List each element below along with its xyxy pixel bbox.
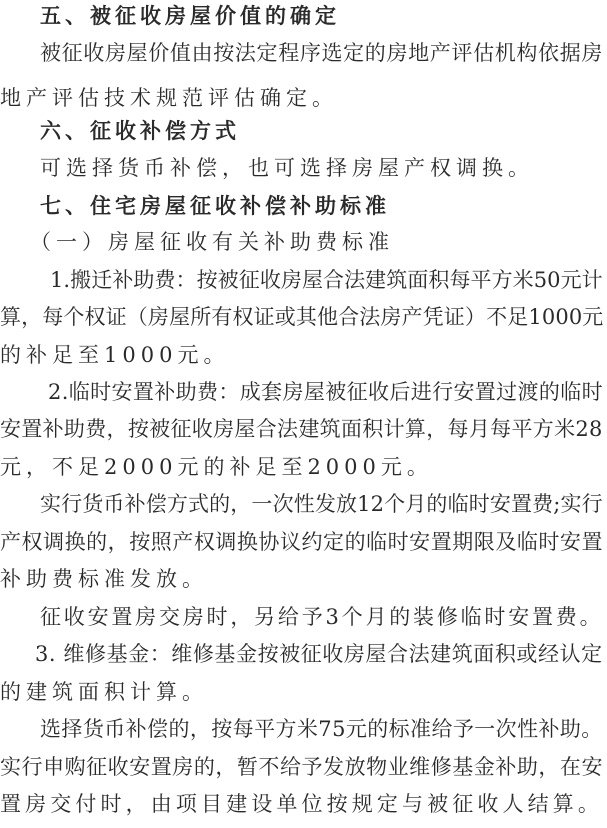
section-heading: 六、征收补偿方式: [40, 117, 240, 145]
text-line: 选择货币补偿的，按每平方米75元的标准给予一次性补助。: [40, 715, 603, 743]
text-line: 实行申购征收安置房的，暂不给予发放物业维修基金补助，在安: [0, 753, 603, 781]
text-line: 征收安置房交房时，另给予3个月的装修临时安置费。: [40, 603, 603, 631]
text-line: 1.搬迁补助费：按被征收房屋合法建筑面积每平方米50元计: [50, 266, 603, 294]
text-line: 被征收房屋价值由按法定程序选定的房地产评估机构依据房: [40, 39, 603, 67]
text-line: 可选择货币补偿，也可选择房屋产权调换。: [40, 154, 534, 182]
text-line: 补助费标准发放。: [0, 565, 208, 593]
text-line: 置房交付时，由项目建设单位按规定与被征收人结算。: [0, 790, 603, 818]
text-line: 3. 维修基金：维修基金按被征收房屋合法建筑面积或经认定: [35, 640, 603, 668]
text-line: 的建筑面积计算。: [0, 678, 208, 706]
text-line: 产权调换的，按照产权调换协议约定的临时安置期限及临时安置: [0, 528, 603, 556]
section-heading: 七、住宅房屋征收补偿补助标准: [40, 192, 390, 220]
text-line: 实行货币补偿方式的，一次性发放12个月的临时安置费;实行: [40, 490, 603, 518]
text-line: 的补足至1000元。: [0, 341, 229, 369]
text-line: 元，不足2000元的补足至2000元。: [0, 453, 433, 481]
text-line: （一）房屋征收有关补助费标准: [30, 228, 394, 256]
section-heading: 五、被征收房屋价值的确定: [40, 2, 340, 30]
text-line: 算，每个权证（房屋所有权证或其他合法房产凭证）不足1000元: [0, 303, 603, 331]
text-line: 安置补助费，按被征收房屋合法建筑面积计算，每月每平方米28: [0, 415, 603, 443]
text-line: 地产评估技术规范评估确定。: [0, 84, 338, 112]
text-line: 2.临时安置补助费：成套房屋被征收后进行安置过渡的临时: [48, 378, 603, 406]
